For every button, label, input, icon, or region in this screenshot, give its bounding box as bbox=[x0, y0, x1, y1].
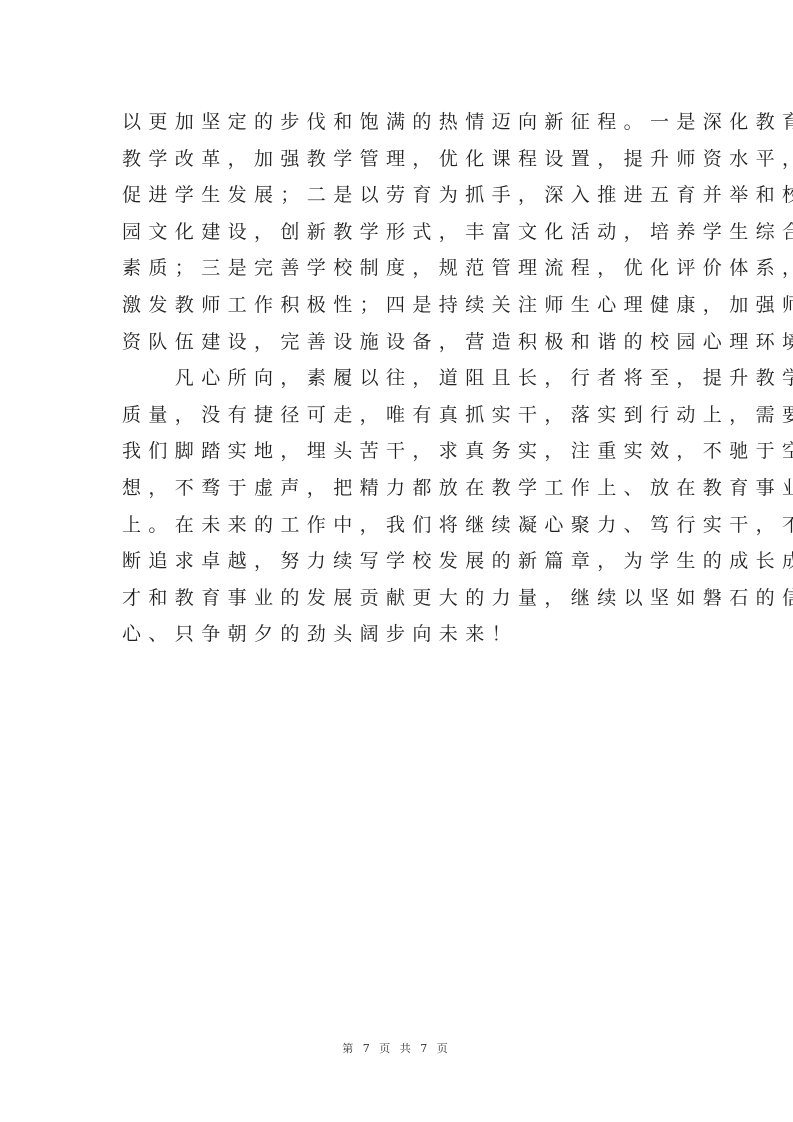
text-line: 才和教育事业的发展贡献更大的力量，继续以坚如磐石的信 bbox=[122, 580, 674, 617]
text-line: 激发教师工作积极性；四是持续关注师生心理健康，加强师 bbox=[122, 287, 674, 324]
text-line: 上。在未来的工作中，我们将继续凝心聚力、笃行实干，不 bbox=[122, 507, 674, 544]
text-line: 凡心所向，素履以往，道阻且长，行者将至，提升教学 bbox=[122, 360, 674, 397]
text-line: 我们脚踏实地，埋头苦干，求真务实，注重实效，不驰于空 bbox=[122, 433, 674, 470]
text-line: 心、只争朝夕的劲头阔步向未来！ bbox=[122, 616, 674, 653]
document-page: 以更加坚定的步伐和饱满的热情迈向新征程。一是深化教育 教学改革，加强教学管理，优… bbox=[0, 0, 793, 1122]
text-line: 园文化建设，创新教学形式，丰富文化活动，培养学生综合 bbox=[122, 214, 674, 251]
text-line: 教学改革，加强教学管理，优化课程设置，提升师资水平， bbox=[122, 141, 674, 178]
page-number-footer: 第 7 页 共 7 页 bbox=[0, 1040, 793, 1056]
text-line: 断追求卓越，努力续写学校发展的新篇章，为学生的成长成 bbox=[122, 543, 674, 580]
text-line: 促进学生发展；二是以劳育为抓手，深入推进五育并举和校 bbox=[122, 177, 674, 214]
text-line: 以更加坚定的步伐和饱满的热情迈向新征程。一是深化教育 bbox=[122, 104, 674, 141]
text-line: 资队伍建设，完善设施设备，营造积极和谐的校园心理环境。 bbox=[122, 324, 674, 361]
text-line: 想，不骛于虚声，把精力都放在教学工作上、放在教育事业 bbox=[122, 470, 674, 507]
text-line: 素质；三是完善学校制度，规范管理流程，优化评价体系， bbox=[122, 250, 674, 287]
document-body: 以更加坚定的步伐和饱满的热情迈向新征程。一是深化教育 教学改革，加强教学管理，优… bbox=[122, 104, 674, 653]
text-line: 质量，没有捷径可走，唯有真抓实干，落实到行动上，需要 bbox=[122, 397, 674, 434]
